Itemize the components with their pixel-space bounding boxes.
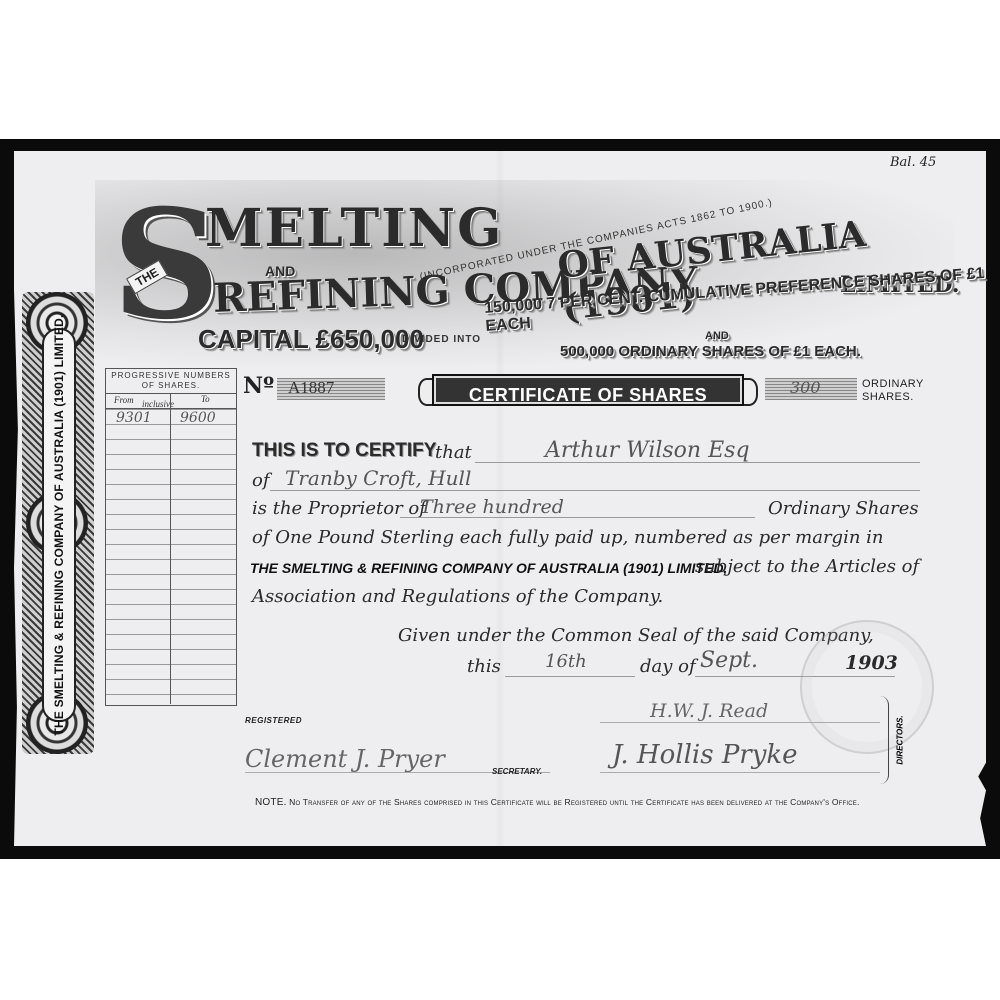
secretary-signature: Clement J. Pryer <box>245 745 445 773</box>
table-heading: PROGRESSIVE NUMBERS OF SHARES. <box>106 371 236 391</box>
secretary-label: SECRETARY. <box>492 767 542 776</box>
certificate-number: A1887 <box>288 378 334 398</box>
title-smelting: MELTING <box>205 198 503 259</box>
table-column-headers: From inclusive To <box>106 393 236 408</box>
director-line-1 <box>600 722 880 723</box>
body-line-6: Association and Regulations of the Compa… <box>252 586 663 607</box>
ordinary-shares-text: 500,000 ORDINARY SHARES OF £1 EACH. <box>560 343 861 360</box>
share-count: 300 <box>790 378 821 397</box>
side-strip-panel: THE SMELTING & REFINING COMPANY OF AUSTR… <box>42 328 76 722</box>
col-from: From <box>114 395 134 405</box>
shares-written-line <box>400 517 755 518</box>
month-value: Sept. <box>700 648 758 673</box>
embossed-seal <box>800 620 934 754</box>
day-value: 16th <box>545 651 587 672</box>
side-ornamental-strip: THE SMELTING & REFINING COMPANY OF AUSTR… <box>22 292 94 754</box>
registered-label: REGISTERED <box>245 716 302 725</box>
directors-brace <box>880 696 889 784</box>
transfer-note: NOTE. No Transfer of any of the Shares c… <box>255 797 860 808</box>
day-of-text: day of <box>640 656 696 677</box>
directors-label-wrap: DIRECTORS. <box>893 700 907 780</box>
divided-into-label: DIVIDED INTO <box>402 334 481 345</box>
shares-written: Three hundred <box>420 496 564 518</box>
certificate-banner: CERTIFICATE OF SHARES <box>418 371 758 409</box>
col-to: To <box>201 394 210 404</box>
note-text: No Transfer of any of the Shares compris… <box>289 797 859 807</box>
day-line <box>505 676 635 677</box>
given-text: Given under the Common Seal of the said … <box>398 625 874 646</box>
holder-name-line <box>475 462 920 463</box>
share-type-label: ORDINARY SHARES. <box>862 378 932 404</box>
ordinary-shares-text: Ordinary Shares <box>768 498 919 519</box>
and-label: AND <box>705 330 729 342</box>
company-name-inline: THE SMELTING & REFINING COMPANY OF AUSTR… <box>250 560 727 576</box>
column-divider <box>170 393 171 704</box>
subject-to-text: subject to the Articles of <box>695 556 919 577</box>
number-label: Nº <box>243 373 274 399</box>
holder-name: Arthur Wilson Esq <box>545 438 750 463</box>
side-strip-text: THE SMELTING & REFINING COMPANY OF AUSTR… <box>52 314 66 735</box>
holder-address: Tranby Croft, Hull <box>285 466 471 490</box>
this-text: this <box>467 656 501 677</box>
director-line-2 <box>600 772 880 773</box>
table-row-to: 9600 <box>180 410 216 426</box>
table-row-from: 9301 <box>116 410 152 426</box>
director-signature-2: J. Hollis Pryke <box>612 740 798 770</box>
director-signature-1: H.W. J. Read <box>650 700 768 722</box>
progressive-numbers-table: PROGRESSIVE NUMBERS OF SHARES. From incl… <box>105 368 237 706</box>
pencil-annotation: Bal. 45 <box>890 155 936 170</box>
capital-amount: CAPITAL £650,000 <box>198 324 424 355</box>
body-line-4: of One Pound Sterling each fully paid up… <box>252 527 884 548</box>
proprietor-text: is the Proprietor of <box>252 498 426 519</box>
banner-title: CERTIFICATE OF SHARES <box>434 385 742 406</box>
of-text: of <box>252 470 270 491</box>
directors-label: DIRECTORS. <box>896 715 905 764</box>
that-text: that <box>435 442 472 463</box>
table-rows <box>106 408 236 705</box>
holder-address-line <box>270 490 920 491</box>
banner-body: CERTIFICATE OF SHARES <box>432 374 744 406</box>
note-label: NOTE. <box>255 797 287 808</box>
certify-heading: THIS IS TO CERTIFY <box>252 440 436 462</box>
